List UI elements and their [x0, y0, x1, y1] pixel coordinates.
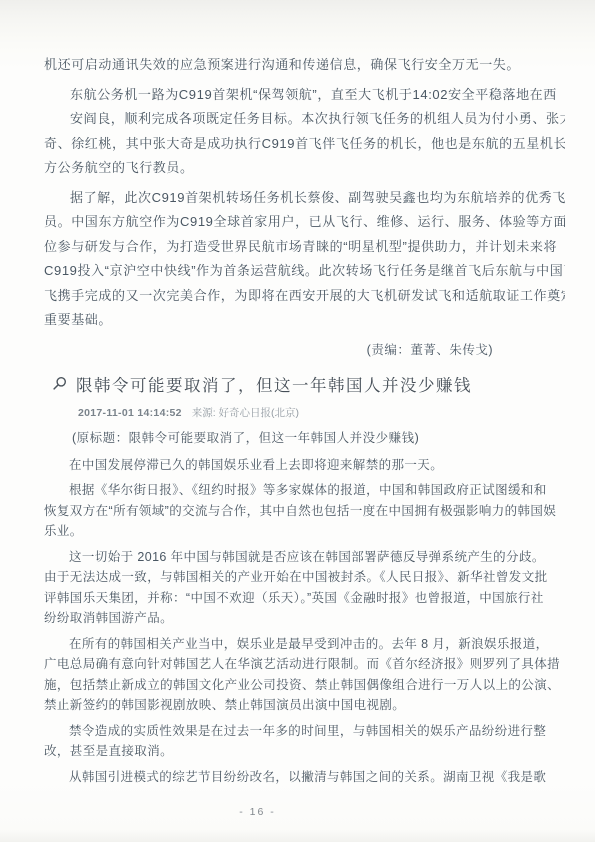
text-line: 广电总局确有意向针对韩国艺人在华演艺活动进行限制。而《首尔经济报》则罗列了具体措 — [44, 654, 565, 675]
paragraph: 在中国发展停滞已久的韩国娱乐业看上去即将迎来解禁的那一天。 — [44, 455, 565, 476]
text-line: 在所有的韩国相关产业当中，娱乐业是最早受到冲击的。去年 8 月，新浪娱乐报道， — [44, 634, 565, 655]
article-meta: 2017-11-01 14:14:52 来源: 好奇心日报(北京) — [78, 405, 565, 420]
paragraph: 这一切始于 2016 年中国与韩国就是否应该在韩国部署萨德反导弹系统产生的分歧。… — [44, 547, 565, 629]
source-label: 来源: 好奇心日报(北京) — [192, 407, 299, 419]
document-page: 机还可启动通讯失效的应急预案进行沟通和传递信息，确保飞行安全万无一失。 东航公务… — [0, 0, 595, 842]
text-line: 禁令造成的实质性效果是在过去一年多的时间里，与韩国相关的娱乐产品纷纷进行整 — [44, 721, 565, 742]
paragraph: 东航公务机一路为C919首架机“保驾领航”，直至大飞机于14:02安全平稳落地在… — [44, 83, 565, 181]
paragraph: 根据《华尔街日报》、《纽约时报》等多家媒体的报道，中国和韩国政府正试图缓和和 恢… — [44, 480, 565, 542]
paragraph: 机还可启动通讯失效的应急预案进行沟通和传递信息，确保飞行安全万无一失。 — [44, 53, 565, 78]
article-korea-body: 在中国发展停滞已久的韩国娱乐业看上去即将迎来解禁的那一天。 根据《华尔街日报》、… — [44, 455, 565, 788]
paragraph: 从韩国引进模式的综艺节目纷纷改名，以撇清与韩国之间的关系。湖南卫视《我是歌 — [44, 767, 565, 788]
text-line: 重要基础。 — [44, 308, 565, 333]
text-line: 纷纷取消韩国游产品。 — [44, 608, 565, 629]
text-line: 乐业。 — [44, 521, 565, 542]
article-title-row: 限韩令可能要取消了，但这一年韩国人并没少赚钱 — [52, 372, 565, 396]
text-line: 据了解，此次C919首架机转场任务机长蔡俊、副驾驶吴鑫也均为东航培养的优秀飞行 — [44, 186, 565, 211]
text-line: 安阎良，顺利完成各项既定任务目标。本次执行领飞任务的机组人员为付小勇、张大 — [44, 107, 565, 132]
text-line: 飞携手完成的又一次完美合作，为即将在西安开展的大飞机研发试飞和适航取证工作奠定了 — [44, 284, 565, 309]
paragraph: 禁令造成的实质性效果是在过去一年多的时间里，与韩国相关的娱乐产品纷纷进行整 改，… — [44, 721, 565, 762]
text-line: 员。中国东方航空作为C919全球首家用户，已从飞行、维修、运行、服务、体验等方面… — [44, 210, 565, 235]
text-line: 改，甚至是直接取消。 — [44, 741, 565, 762]
article-title: 限韩令可能要取消了，但这一年韩国人并没少赚钱 — [76, 372, 472, 396]
paragraph: 在所有的韩国相关产业当中，娱乐业是最早受到冲击的。去年 8 月，新浪娱乐报道， … — [44, 634, 565, 716]
text-line: 方公务航空的飞行教员。 — [44, 156, 565, 181]
article-c919-body: 机还可启动通讯失效的应急预案进行沟通和传递信息，确保飞行安全万无一失。 东航公务… — [44, 53, 565, 333]
text-line: 机还可启动通讯失效的应急预案进行沟通和传递信息，确保飞行安全万无一失。 — [44, 53, 565, 78]
text-line: 禁止新签约的韩国影视剧放映、禁止韩国演员出演中国电视剧。 — [44, 695, 565, 716]
text-line: 根据《华尔街日报》、《纽约时报》等多家媒体的报道，中国和韩国政府正试图缓和和 — [44, 480, 565, 501]
text-line: 恢复双方在“所有领域”的交流与合作，其中自然也包括一度在中国拥有极强影响力的韩国… — [44, 501, 565, 522]
article-korea-header: 限韩令可能要取消了，但这一年韩国人并没少赚钱 2017-11-01 14:14:… — [44, 372, 565, 446]
text-line: 评韩国乐天集团，并称：“中国不欢迎（乐天）。”英国《金融时报》也曾报道，中国旅行… — [44, 588, 565, 609]
page-number: - 16 - — [0, 806, 515, 818]
text-line: 这一切始于 2016 年中国与韩国就是否应该在韩国部署萨德反导弹系统产生的分歧。 — [44, 547, 565, 568]
text-line: C919投入“京沪空中快线”作为首条运营航线。此次转场飞行任务是继首飞后东航与中… — [44, 259, 565, 284]
text-line: 从韩国引进模式的综艺节目纷纷改名，以撇清与韩国之间的关系。湖南卫视《我是歌 — [44, 767, 565, 788]
editor-credit: (责编：董菁、朱传戈) — [44, 340, 565, 358]
text-line: 奇、徐红桃，其中张大奇是成功执行C919首飞伴飞任务的机长，他也是东航的五星机长… — [44, 132, 565, 157]
text-line: 由于无法达成一致，与韩国相关的产业开始在中国被封杀。《人民日报》、新华社曾发文批 — [44, 567, 565, 588]
search-icon — [52, 376, 67, 391]
text-line: 施，包括禁止新成立的韩国文化产业公司投资、禁止韩国偶像组合进行一万人以上的公演、 — [44, 675, 565, 696]
text-line: 位参与研发与合作，为打造受世界民航市场青睐的“明星机型”提供助力，并计划未来将 — [44, 235, 565, 260]
paragraph: 据了解，此次C919首架机转场任务机长蔡俊、副驾驶吴鑫也均为东航培养的优秀飞行 … — [44, 186, 565, 333]
publish-datetime: 2017-11-01 14:14:52 — [78, 407, 182, 419]
text-line: 在中国发展停滞已久的韩国娱乐业看上去即将迎来解禁的那一天。 — [44, 455, 565, 476]
text-line: 东航公务机一路为C919首架机“保驾领航”，直至大飞机于14:02安全平稳落地在… — [44, 83, 565, 108]
original-title: (原标题：限韩令可能要取消了，但这一年韩国人并没少赚钱) — [72, 428, 565, 446]
